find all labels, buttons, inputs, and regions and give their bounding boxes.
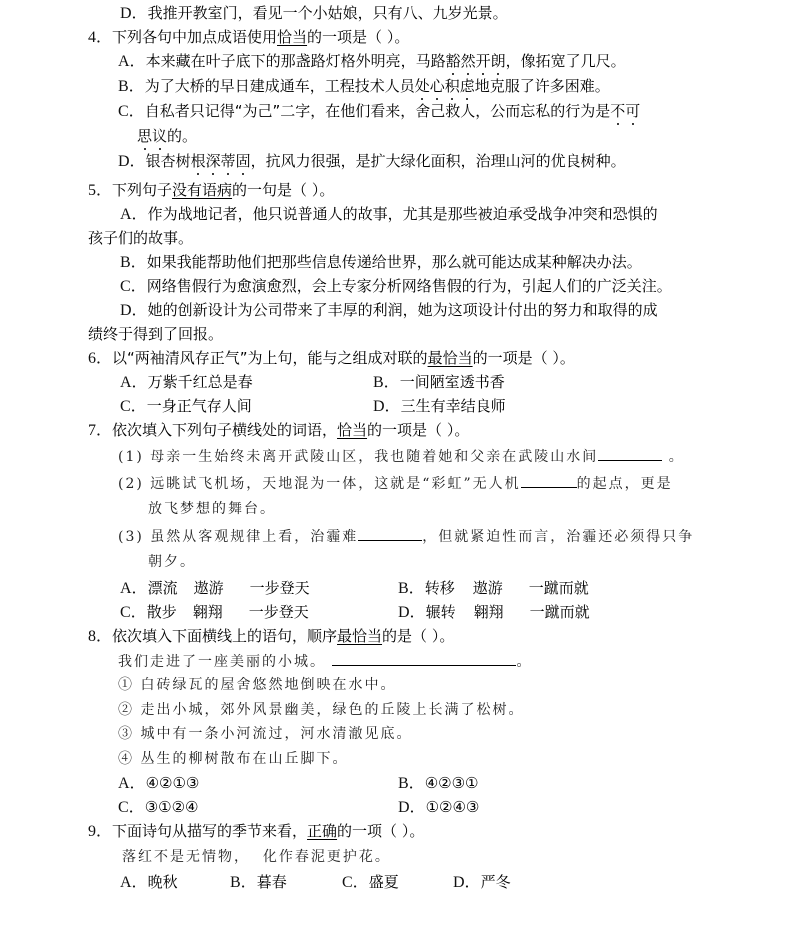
- stem-text: 依次填入下列句子横线处的词语，: [112, 421, 337, 439]
- emphasized-char: 开: [476, 52, 491, 70]
- option-text: ③①②④: [145, 798, 199, 816]
- emphasized-char: 可: [625, 102, 640, 120]
- q3-option-d: D．我推开教室门，看见一个小姑娘，只有八、九岁光景。: [120, 3, 508, 24]
- word-1: 辗转: [426, 602, 474, 622]
- q6-stem: 6．以“两袖清风存正气”为上句，能与之组成对联的最恰当的一项是（ ）。: [88, 348, 575, 369]
- option-text: 严冬: [481, 873, 511, 891]
- q7-sentence-1: (1) 母亲一生始终未离开武陵山区，我也随着她和父亲在武陵山水间 。: [118, 446, 685, 467]
- sentence-text: 虽然从客观规律上看，治霾难: [150, 529, 358, 545]
- q7-stem: 7．依次填入下列句子横线处的词语，恰当的一项是（ ）。: [88, 420, 469, 441]
- option-label: B．: [118, 78, 145, 95]
- word-2: 翱翔: [474, 602, 530, 622]
- q8-item-1: ① 白砖绿瓦的屋舍悠然地倒映在水中。: [118, 675, 396, 695]
- q8-item-3: ③ 城中有一条小河流过，河水清澈见底。: [118, 724, 412, 744]
- word-2: 遨游: [194, 578, 250, 598]
- option-text: ，抗风力很强，是扩大绿化面积，治理山河的优良树种。: [251, 152, 626, 170]
- sentence-text: 的起点，更是: [577, 476, 673, 492]
- q6-option-b: B．一间陋室透书香: [373, 372, 505, 393]
- stem-text: 的一项是（ ）。: [307, 28, 409, 46]
- option-label: B．: [398, 775, 425, 792]
- stem-emphasis: 没有语病: [172, 181, 232, 199]
- question-number: 8．: [88, 628, 112, 645]
- question-number: 6．: [88, 350, 112, 367]
- sentence-number: (2): [118, 476, 144, 492]
- word-3: 一蹴而就: [529, 579, 589, 597]
- option-label: C．: [120, 278, 147, 295]
- stem-text: 下面诗句从描写的季节来看，: [112, 822, 307, 840]
- question-number: 5．: [88, 182, 112, 199]
- stem-text: 依次填入下面横线上的语句，顺序: [112, 627, 337, 645]
- option-label: C．: [118, 103, 145, 120]
- emphasized-char: 处: [415, 77, 430, 95]
- word-1: 漂流: [148, 578, 194, 598]
- stem-text: 的一项是（ ）。: [367, 421, 469, 439]
- q6-option-c: C．一身正气存人间: [120, 396, 252, 417]
- item-number: ②: [118, 702, 134, 718]
- option-label: D．: [120, 302, 148, 319]
- option-label: A．: [120, 874, 148, 891]
- word-2: 遨游: [473, 578, 529, 598]
- q7-sentence-2-cont: 放飞梦想的舞台。: [148, 499, 276, 519]
- emphasized-char: 朗: [491, 52, 506, 70]
- q9-option-a: A．晚秋: [120, 872, 178, 893]
- intro-text: 。: [516, 654, 532, 670]
- option-label: B．: [398, 580, 425, 597]
- option-text: 暮春: [257, 873, 287, 891]
- option-text: 万紫千红总是春: [148, 373, 253, 391]
- option-text: 作为战地记者，他只说普通人的故事，尤其是那些被迫承受战争冲突和恐惧的: [148, 205, 658, 223]
- dotted-idiom: 不可: [610, 102, 640, 120]
- option-text: ①②④③: [426, 798, 480, 816]
- dotted-idiom: 思议: [137, 127, 167, 145]
- q8-stem: 8．依次填入下面横线上的语句，顺序最恰当的是（ ）。: [88, 626, 454, 647]
- q5-option-d: D．她的创新设计为公司带来了丰厚的利润，她为这项设计付出的努力和取得的成: [120, 300, 658, 321]
- q7-sentence-3-cont: 朝夕。: [148, 552, 196, 572]
- stem-text: 下列各句中加点成语使用: [112, 28, 277, 46]
- option-label: A．: [118, 53, 146, 70]
- option-label: D．: [373, 398, 401, 415]
- sentence-text: 远眺试飞机场，天地混为一体，这就是“彩虹”无人机: [150, 476, 520, 492]
- option-label: C．: [120, 398, 147, 415]
- option-label: D．: [398, 799, 426, 816]
- idiom-text: 思议: [137, 127, 167, 145]
- option-text: 为了大桥的早日建成通车，工程技术人员: [145, 77, 415, 95]
- q5-stem: 5．下列句子没有语病的一句是（ ）。: [88, 180, 334, 201]
- option-label: D．: [118, 153, 146, 170]
- q9-poem: 落红不是无情物， 化作春泥更护花。: [122, 847, 391, 867]
- option-text: 自私者只记得“为己”二字，在他们看来，舍己救人，公而忘私的行为是: [145, 102, 611, 120]
- q5-option-b: B．如果我能帮助他们把那些信息传递给世界，那么就可能达成某种解决办法。: [120, 252, 642, 273]
- q8-item-4: ④ 丛生的柳树散布在山丘脚下。: [118, 749, 348, 769]
- stem-emphasis: 正确: [307, 822, 337, 840]
- emphasized-char: 蒂: [221, 152, 236, 170]
- emphasized-char: 思: [137, 127, 152, 145]
- option-text: ，像拓宽了几尺。: [506, 52, 626, 70]
- word-3: 一蹴而就: [530, 603, 590, 621]
- q7-sentence-3: (3) 虽然从客观规律上看，治霾难，但就紧迫性而言，治霾还必须得只争: [118, 526, 694, 547]
- idiom-text: 根深蒂固: [191, 152, 251, 170]
- option-text: 网络售假行为愈演愈烈，会上专家分析网络售假的行为，引起人们的广泛关注。: [147, 277, 672, 295]
- q4-option-d: D．银杏树根深蒂固，抗风力很强，是扩大绿化面积，治理山河的优良树种。: [118, 151, 626, 172]
- emphasized-char: 根: [191, 152, 206, 170]
- q8-intro: 我们走进了一座美丽的小城。 。: [118, 651, 532, 672]
- item-text: 走出小城，郊外风景幽美，绿色的丘陵上长满了松树。: [140, 702, 524, 718]
- stem-emphasis: 恰当: [337, 421, 367, 439]
- emphasized-char: 议: [152, 127, 167, 145]
- q7-sentence-2: (2) 远眺试飞机场，天地混为一体，这就是“彩虹”无人机的起点，更是: [118, 473, 673, 494]
- stem-emphasis: 最恰当: [337, 627, 382, 645]
- q5-option-a: A．作为战地记者，他只说普通人的故事，尤其是那些被迫承受战争冲突和恐惧的: [120, 204, 658, 225]
- item-number: ③: [118, 726, 134, 742]
- q7-option-b: B．转移遨游一蹴而就: [398, 578, 589, 599]
- option-text: 地克服了许多困难。: [475, 77, 610, 95]
- word-3: 一步登天: [250, 579, 310, 597]
- q9-option-b: B．暮春: [230, 872, 287, 893]
- q4-stem: 4．下列各句中加点成语使用恰当的一项是（ ）。: [88, 27, 409, 48]
- option-text: 如果我能帮助他们把那些信息传递给世界，那么就可能达成某种解决办法。: [147, 253, 642, 271]
- q7-option-d: D．辗转翱翔一蹴而就: [398, 602, 590, 623]
- option-label: C．: [118, 799, 145, 816]
- word-1: 转移: [425, 578, 473, 598]
- q9-option-c: C．盛夏: [342, 872, 399, 893]
- q5-option-c: C．网络售假行为愈演愈烈，会上专家分析网络售假的行为，引起人们的广泛关注。: [120, 276, 672, 297]
- idiom-text: 豁然开朗: [446, 52, 506, 70]
- option-label: D．: [120, 5, 148, 22]
- option-text: 一间陋室透书香: [400, 373, 505, 391]
- stem-text: 的是（ ）。: [382, 627, 454, 645]
- option-text: ④②①③: [146, 774, 200, 792]
- stem-text: 的一项（ ）。: [337, 822, 424, 840]
- item-number: ④: [118, 751, 134, 767]
- sentence-text: 母亲一生始终未离开武陵山区，我也随着她和父亲在武陵山水间: [150, 449, 598, 465]
- stem-text: 以“两袖清风存正气”为上句，能与之组成对联的: [112, 349, 428, 367]
- q8-item-2: ② 走出小城，郊外风景幽美，绿色的丘陵上长满了松树。: [118, 700, 524, 720]
- question-number: 4．: [88, 29, 112, 46]
- q7-option-a: A．漂流遨游一步登天: [120, 578, 310, 599]
- fill-blank: [358, 526, 422, 541]
- emphasized-char: 虑: [460, 77, 475, 95]
- dotted-idiom: 豁然开朗: [446, 52, 506, 70]
- option-label: A．: [120, 374, 148, 391]
- item-number: ①: [118, 677, 134, 693]
- sentence-text: ，但就紧迫性而言，治霾还必须得只争: [422, 529, 694, 545]
- word-1: 散步: [147, 602, 193, 622]
- emphasized-char: 不: [610, 102, 625, 120]
- word-2: 翱翔: [193, 602, 249, 622]
- option-label: D．: [453, 874, 481, 891]
- sentence-number: (1): [118, 449, 144, 465]
- option-text: 我推开教室门，看见一个小姑娘，只有八、九岁光景。: [148, 4, 508, 22]
- stem-emphasis: 最恰当: [428, 349, 473, 367]
- emphasized-char: 豁: [446, 52, 461, 70]
- option-text: ④②③①: [425, 774, 479, 792]
- item-text: 白砖绿瓦的屋舍悠然地倒映在水中。: [140, 677, 396, 693]
- dotted-idiom: 处心积虑: [415, 77, 475, 95]
- option-label: C．: [120, 604, 147, 621]
- q4-option-a: A．本来藏在叶子底下的那盏路灯格外明亮，马路豁然开朗，像拓宽了几尺。: [118, 51, 626, 72]
- q5-option-d-cont: 绩终于得到了回报。: [88, 324, 223, 344]
- fill-blank: [598, 446, 662, 461]
- sentence-number: (3): [118, 529, 144, 545]
- q4-option-c: C．自私者只记得“为己”二字，在他们看来，舍己救人，公而忘私的行为是不可: [118, 101, 640, 122]
- emphasized-char: 积: [445, 77, 460, 95]
- option-text: 一身正气存人间: [147, 397, 252, 415]
- intro-text: 我们走进了一座美丽的小城。: [118, 654, 326, 670]
- item-text: 城中有一条小河流过，河水清澈见底。: [140, 726, 412, 742]
- q6-option-d: D．三生有幸结良师: [373, 396, 506, 417]
- option-text: 盛夏: [369, 873, 399, 891]
- q4-option-b: B．为了大桥的早日建成通车，工程技术人员处心积虑地克服了许多困难。: [118, 76, 610, 97]
- option-label: A．: [118, 775, 146, 792]
- option-label: A．: [120, 206, 148, 223]
- fill-blank: [521, 473, 577, 488]
- emphasized-char: 心: [430, 77, 445, 95]
- fill-blank: [332, 651, 516, 666]
- q9-option-d: D．严冬: [453, 872, 511, 893]
- stem-text: 的一项是（ ）。: [473, 349, 575, 367]
- q9-stem: 9．下面诗句从描写的季节来看，正确的一项（ ）。: [88, 821, 424, 842]
- item-text: 丛生的柳树散布在山丘脚下。: [140, 751, 348, 767]
- option-text: 的。: [167, 127, 197, 145]
- q4-option-c-cont: 思议的。: [137, 126, 197, 146]
- option-text: 本来藏在叶子底下的那盏路灯格外明亮，马路: [146, 52, 446, 70]
- emphasized-char: 然: [461, 52, 476, 70]
- option-text: 三生有幸结良师: [401, 397, 506, 415]
- option-text: 晚秋: [148, 873, 178, 891]
- q5-option-a-cont: 孩子们的故事。: [88, 228, 193, 248]
- option-label: A．: [120, 580, 148, 597]
- dotted-idiom: 根深蒂固: [191, 152, 251, 170]
- option-label: B．: [373, 374, 400, 391]
- option-label: D．: [398, 604, 426, 621]
- idiom-text: 处心积虑: [415, 77, 475, 95]
- q8-option-a: A．④②①③: [118, 773, 199, 794]
- q6-option-a: A．万紫千红总是春: [120, 372, 253, 393]
- option-text: 银杏树: [146, 152, 191, 170]
- emphasized-char: 固: [236, 152, 251, 170]
- stem-emphasis: 恰当: [277, 28, 307, 46]
- q7-option-c: C．散步翱翔一步登天: [120, 602, 309, 623]
- option-label: C．: [342, 874, 369, 891]
- option-label: B．: [230, 874, 257, 891]
- idiom-text: 不可: [610, 102, 640, 120]
- question-number: 9．: [88, 823, 112, 840]
- emphasized-char: 深: [206, 152, 221, 170]
- stem-text: 下列句子: [112, 181, 172, 199]
- question-number: 7．: [88, 422, 112, 439]
- word-3: 一步登天: [249, 603, 309, 621]
- q8-option-b: B．④②③①: [398, 773, 478, 794]
- q8-option-d: D．①②④③: [398, 797, 479, 818]
- q8-option-c: C．③①②④: [118, 797, 198, 818]
- sentence-text: 。: [669, 449, 685, 465]
- stem-text: 的一句是（ ）。: [232, 181, 334, 199]
- option-text: 她的创新设计为公司带来了丰厚的利润，她为这项设计付出的努力和取得的成: [148, 301, 658, 319]
- option-label: B．: [120, 254, 147, 271]
